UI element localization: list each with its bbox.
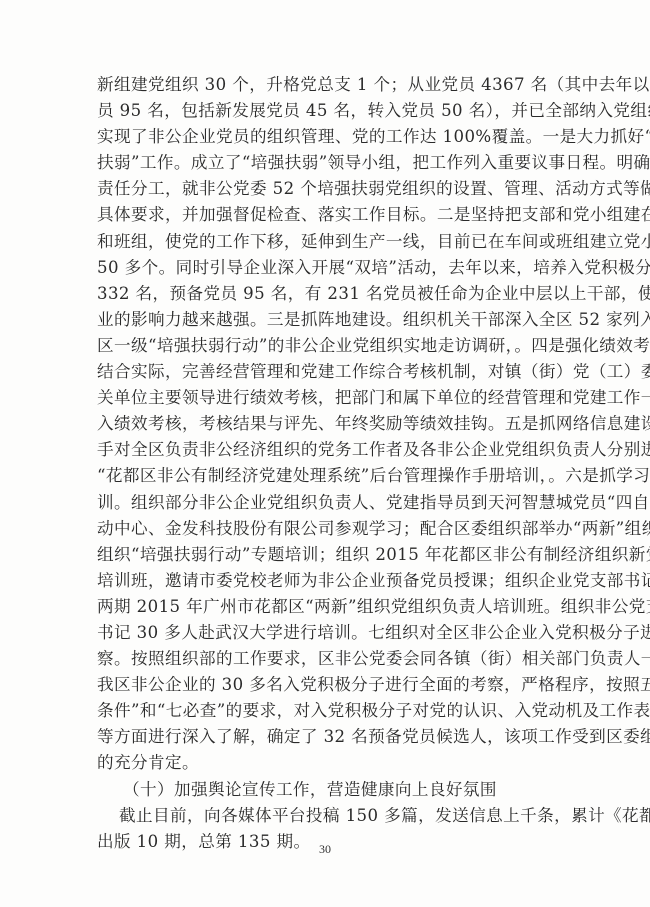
text-line: 结合实际，完善经营管理和党建工作综合考核机制，对镇（街）党（工）委及相 [97,359,550,385]
text-line: 等方面进行深入了解，确定了 32 名预备党员候选人，该项工作受到区委组织部 [97,724,550,750]
text-line: 扶弱”工作。成立了“培强扶弱”领导小组，把工作列入重要议事日程。明确了 [97,150,550,176]
text-line: 手对全区负责非公经济组织的党务工作者及各非公企业党组织负责人分别进行 [97,437,550,463]
text-line: 入绩效考核，考核结果与评先、年终奖励等绩效挂钩。五是抓网络信息建设。着 [97,411,550,437]
text-line: 察。按照组织部的工作要求，区非公党委会同各镇（街）相关部门负责人一起对 [97,646,550,672]
paragraph-party-building: 新组建党组织 30 个，升格党总支 1 个；从业党员 4367 名（其中去年以来… [97,72,550,777]
text-line: 我区非公企业的 30 多名入党积极分子进行全面的考察，严格程序，按照五个“硬 [97,672,550,698]
text-line: 训。组织部分非公企业党组织负责人、党建指导员到天河智慧城党员“四自”活 [97,490,550,516]
text-line: 书记 30 多人赴武汉大学进行培训。七组织对全区非公企业入党积极分子进行考 [97,620,550,646]
text-line: 新组建党组织 30 个，升格党总支 1 个；从业党员 4367 名（其中去年以来… [97,72,550,98]
text-line: 培训班，邀请市委党校老师为非公企业预备党员授课；组织企业党支部书记参加 [97,568,550,594]
text-line: 关单位主要领导进行绩效考核，把部门和属下单位的经营管理和党建工作一起列 [97,385,550,411]
text-line: 332 名，预备党员 95 名，有 231 名党员被任命为企业中层以上干部，使党… [97,281,550,307]
text-line: 动中心、金发科技股份有限公司参观学习；配合区委组织部举办“两新”组织党 [97,516,550,542]
text-line: 具体要求，并加强督促检查、落实工作目标。二是坚持把支部和党小组建在车间 [97,202,550,228]
text-line: 条件”和“七必查”的要求，对入党积极分子对党的认识、入党动机及工作表现 [97,698,550,724]
text-line: 业的影响力越来越强。三是抓阵地建设。组织机关干部深入全区 52 家列入市、 [97,307,550,333]
text-line: 和班组，使党的工作下移，延伸到生产一线，目前已在车间或班组建立党小组 [97,229,550,255]
text-line: 截止目前，向各媒体平台投稿 150 多篇，发送信息上千条，累计《花都商界》 [97,803,550,829]
text-line: 两期 2015 年广州市花都区“两新”组织党组织负责人培训班。组织非公党支部 [97,594,550,620]
text-line: 区一级“培强扶弱行动”的非公企业党组织实地走访调研，。四是强化绩效考核。 [97,333,550,359]
text-line: 的充分肯定。 [97,750,550,776]
text-line: 组织“培强扶弱行动”专题培训；组织 2015 年花都区非公有制经济组织新党员 [97,542,550,568]
text-line: 50 多个。同时引导企业深入开展“双培”活动，去年以来，培养入党积极分子 [97,255,550,281]
text-line: 员 95 名，包括新发展党员 45 名，转入党员 50 名），并已全部纳入党组织… [97,98,550,124]
page-number: 30 [0,842,650,857]
text-line: 实现了非公企业党员的组织管理、党的工作达 100%覆盖。一是大力抓好“培强 [97,124,550,150]
text-line: “花都区非公有制经济党建处理系统”后台管理操作手册培训，。六是抓学习培 [97,463,550,489]
section-heading: （十）加强舆论宣传工作，营造健康向上良好氛围 [97,777,550,803]
text-line: 责任分工，就非公党委 52 个培强扶弱党组织的设置、管理、活动方式等做出了 [97,176,550,202]
document-page: 新组建党组织 30 个，升格党总支 1 个；从业党员 4367 名（其中去年以来… [97,72,550,855]
